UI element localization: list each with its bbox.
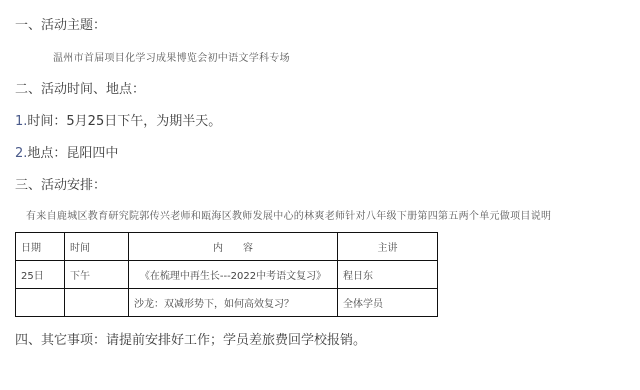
table-row: 25日 下午 《在梳理中再生长---2022中考语文复习》 程日东 xyxy=(16,261,438,289)
time-prefix: 1. xyxy=(15,114,27,129)
cell-speaker: 程日东 xyxy=(338,261,438,289)
header-time: 时间 xyxy=(65,233,129,261)
section-1-body: 温州市首届项目化学习成果博览会初中语文学科专场 xyxy=(53,49,290,64)
time-text: 时间：5月25日下午，为期半天。 xyxy=(27,114,221,129)
header-date: 日期 xyxy=(16,233,65,261)
section-1-title: 一、活动主题： xyxy=(15,14,106,33)
section-4: 四、其它事项：请提前安排好工作；学员差旅费回学校报销。 xyxy=(15,329,366,348)
table-header-row: 日期 时间 内 容 主讲 xyxy=(16,233,438,261)
place-line: 2.地点：昆阳四中 xyxy=(15,142,118,161)
table-row: 沙龙：双减形势下，如何高效复习？ 全体学员 xyxy=(16,289,438,317)
cell-speaker: 全体学员 xyxy=(338,289,438,317)
section-3-title: 三、活动安排： xyxy=(15,174,106,193)
place-prefix: 2. xyxy=(15,146,27,161)
cell-time xyxy=(65,289,129,317)
cell-time: 下午 xyxy=(65,261,129,289)
section-2-title: 二、活动时间、地点： xyxy=(15,78,145,97)
place-text: 地点：昆阳四中 xyxy=(27,146,118,161)
time-line: 1.时间：5月25日下午，为期半天。 xyxy=(15,110,221,129)
cell-content: 《在梳理中再生长---2022中考语文复习》 xyxy=(129,261,338,289)
cell-date: 25日 xyxy=(16,261,65,289)
cell-content: 沙龙：双减形势下，如何高效复习？ xyxy=(129,289,338,317)
cell-date xyxy=(16,289,65,317)
header-content: 内 容 xyxy=(129,233,338,261)
section-3-body: 有来自鹿城区教育研究院郭传兴老师和瓯海区教师发展中心的林爽老师针对八年级下册第四… xyxy=(26,207,551,222)
schedule-table: 日期 时间 内 容 主讲 25日 下午 《在梳理中再生长---2022中考语文复… xyxy=(15,232,438,317)
header-speaker: 主讲 xyxy=(338,233,438,261)
